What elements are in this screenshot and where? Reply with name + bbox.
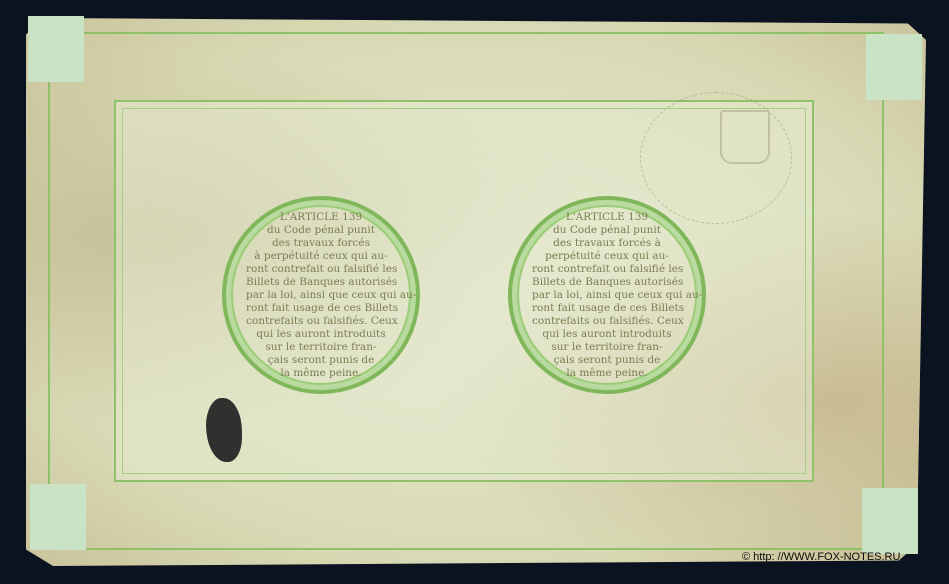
paper-hinge-top-left — [28, 16, 84, 82]
article-139-text-right: L'ARTICLE 139 du Code pénal punit des tr… — [532, 211, 682, 380]
medallion-left: L'ARTICLE 139 du Code pénal punit des tr… — [222, 196, 420, 394]
paper-hinge-top-right — [866, 34, 922, 100]
medallion-right: L'ARTICLE 139 du Code pénal punit des tr… — [508, 196, 706, 394]
copyright-watermark: © http: //WWW.FOX-NOTES.RU — [742, 551, 900, 563]
seal-shield-icon — [720, 110, 770, 164]
paper-hinge-bottom-right — [862, 488, 918, 554]
paper-hinge-bottom-left — [30, 484, 86, 550]
banknote-reverse — [26, 18, 926, 566]
article-139-text-left: L'ARTICLE 139 du Code pénal punit des tr… — [246, 211, 396, 380]
